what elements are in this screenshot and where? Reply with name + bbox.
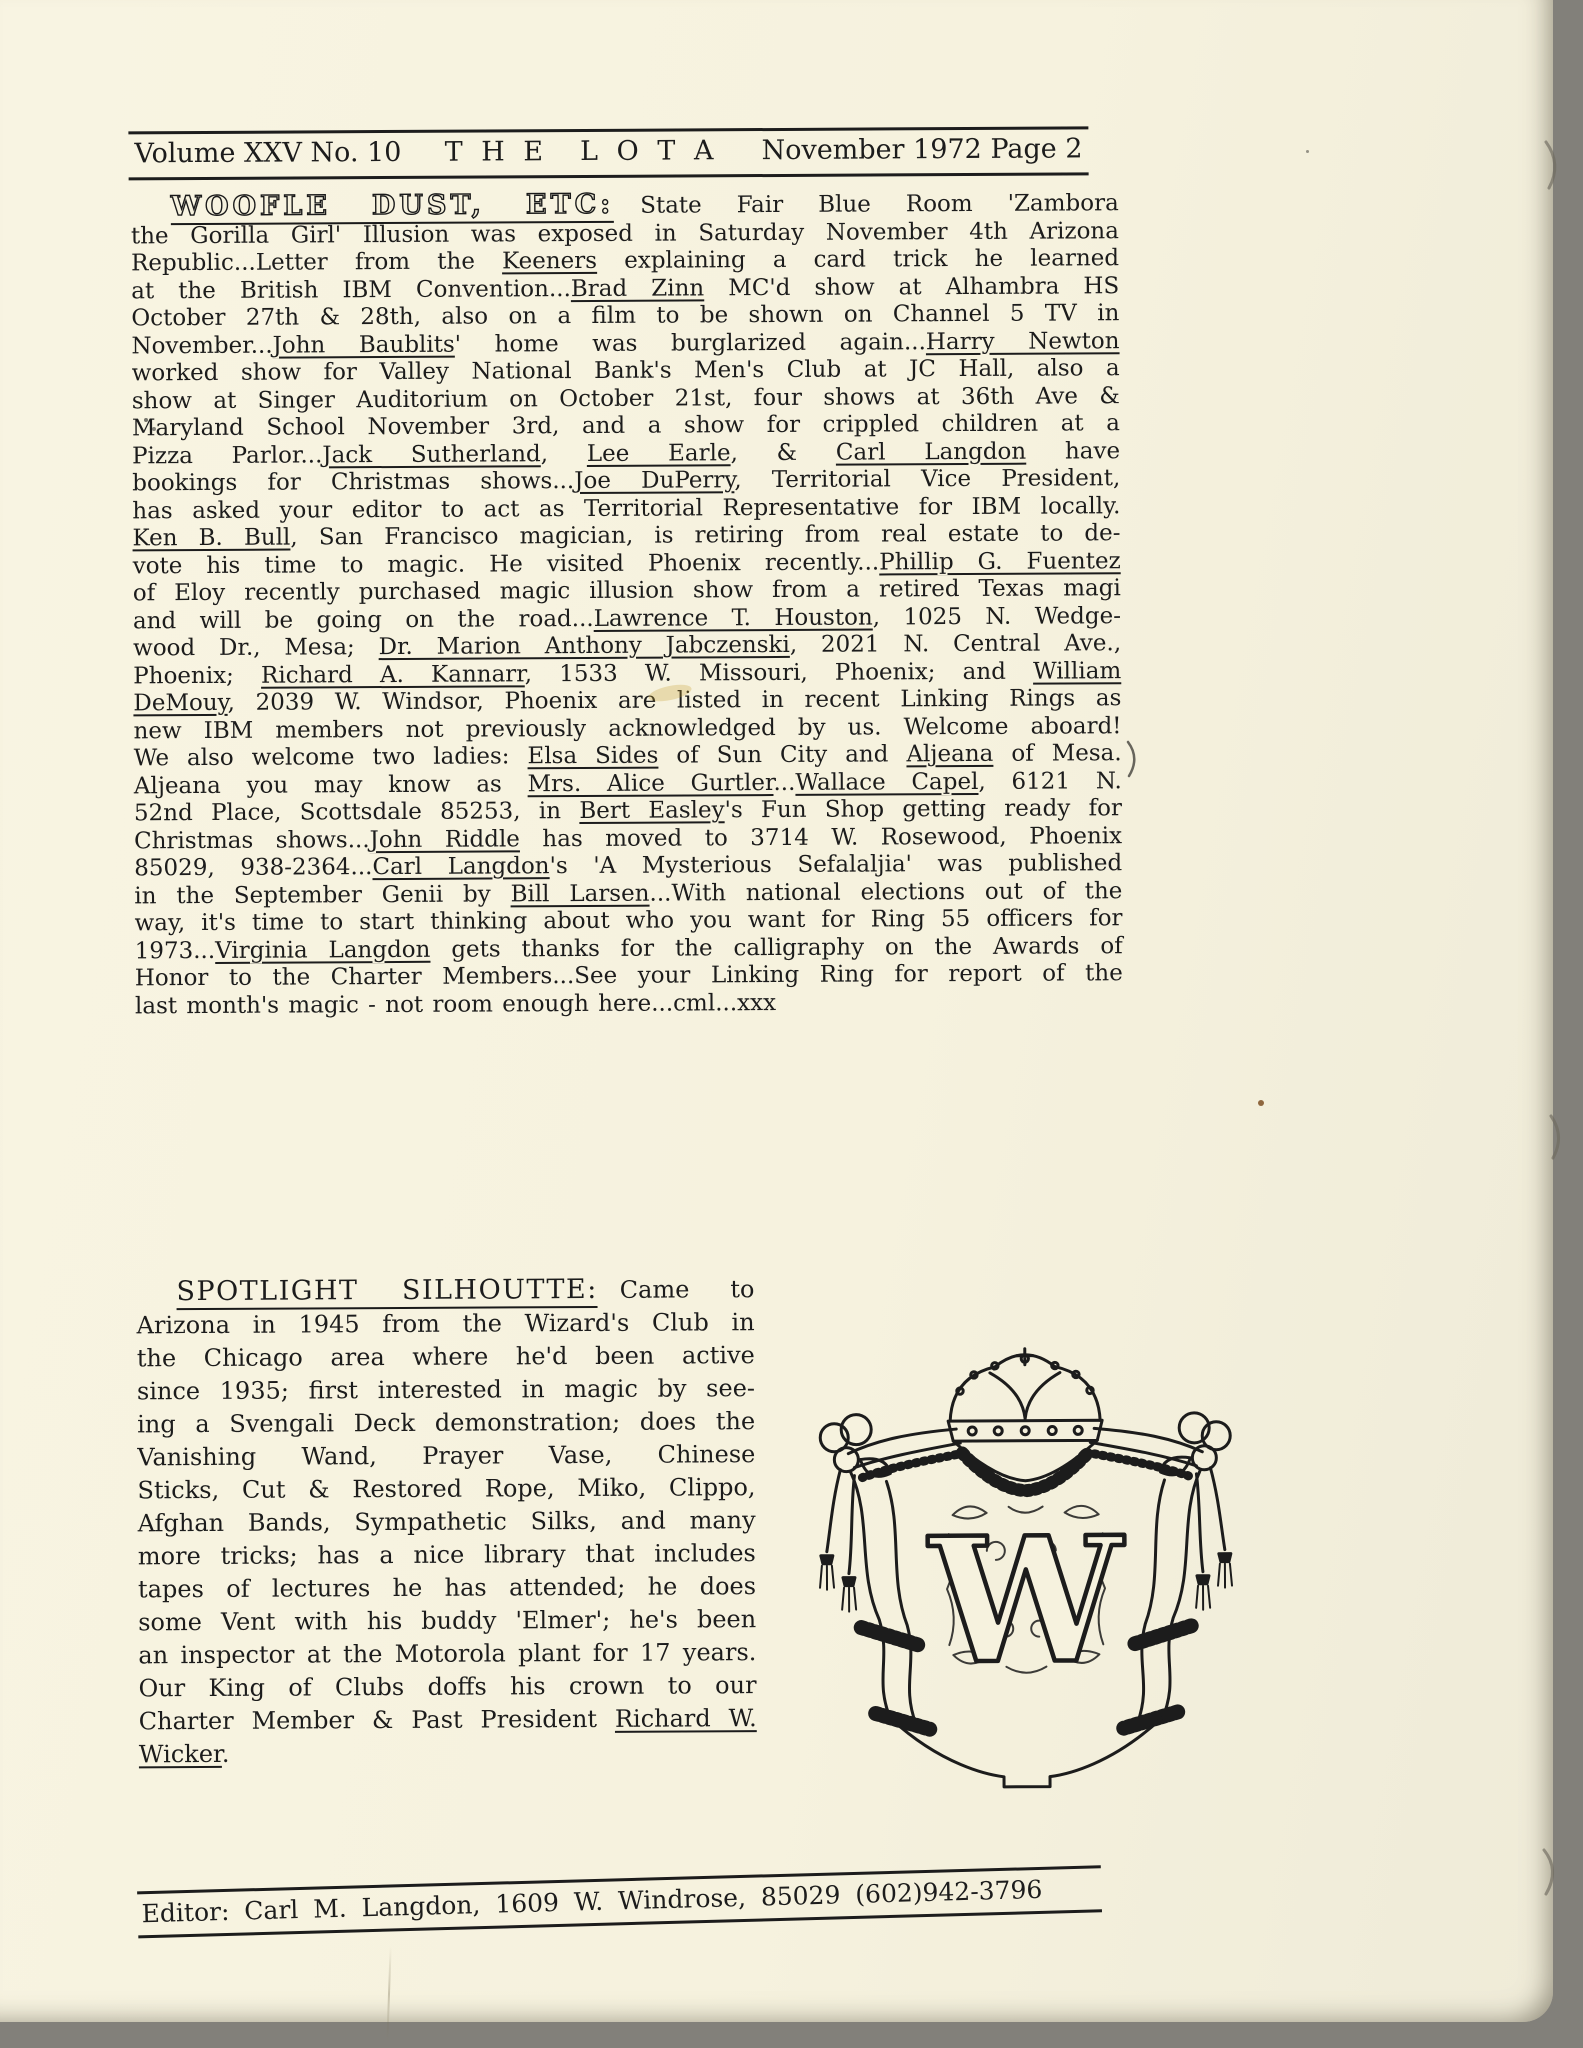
underlined-name: Lawrence T. Houston [594, 604, 873, 631]
woofle-first-line: WOOFLE DUST, ETC:State Fair Blue Room 'Z… [131, 188, 1119, 223]
text-line: an inspector at the Motorola plant for 1… [138, 1636, 756, 1672]
underlined-name: Dr. Marion Anthony Jabczenski [379, 632, 790, 660]
spotlight-heading: SPOTLIGHT SILHOUTTE: [176, 1274, 597, 1310]
text-line: Afghan Bands, Sympathetic Silks, and man… [138, 1504, 756, 1540]
text-line: Our King of Clubs doffs his crown to our [138, 1669, 756, 1705]
text-line: the Chicago area where he'd been active [137, 1339, 755, 1375]
underlined-name: John Riddle [370, 826, 520, 853]
underlined-name: Carl Langdon [372, 853, 549, 880]
masthead-issue: November 1972 Page 2 [762, 133, 1083, 166]
text-line: ing a Svengali Deck demonstration; does … [137, 1405, 755, 1441]
underlined-name: Phillip G. Fuentez [879, 548, 1121, 575]
text-line: Vanishing Wand, Prayer Vase, Chinese [137, 1438, 755, 1474]
crest-illustration: W [790, 1327, 1262, 1796]
woofle-dust-section: WOOFLE DUST, ETC:State Fair Blue Room 'Z… [131, 188, 1123, 1020]
crest-bow-right [1160, 1413, 1230, 1475]
underlined-name: Virginia Langdon [215, 936, 430, 963]
underlined-name: Jack Sutherland [322, 441, 540, 468]
underlined-name: Harry Newton [926, 328, 1120, 355]
crest-monogram-w: W [927, 1498, 1126, 1702]
underlined-name: Ken B. Bull [132, 525, 290, 552]
text-line: Arizona in 1945 from the Wizard's Club i… [137, 1306, 755, 1342]
underlined-name: Richard W. [615, 1704, 757, 1733]
newsletter-page: Volume XXV No. 10 T H E L O T A November… [0, 0, 1553, 2022]
crest-bow-left [820, 1414, 890, 1476]
spotlight-first-line: SPOTLIGHT SILHOUTTE:Came to [136, 1272, 754, 1309]
underlined-name: Keeners [502, 248, 597, 274]
underlined-name: Wallace Capel [795, 768, 978, 795]
text-line: Honor to the Charter Members...See your … [135, 960, 1123, 993]
crown-icon [948, 1348, 1102, 1441]
text-line: Sticks, Cut & Restored Rope, Miko, Clipp… [137, 1471, 755, 1507]
text-line: some Vent with his buddy 'Elmer'; he's b… [138, 1603, 756, 1639]
woofle-dust-heading: WOOFLE DUST, ETC: [171, 189, 615, 225]
underlined-name: DeMouy [133, 690, 227, 716]
masthead: Volume XXV No. 10 T H E L O T A November… [128, 126, 1088, 180]
spotlight-body: Arizona in 1945 from the Wizard's Club i… [137, 1306, 757, 1771]
text-line: last month's magic - not room enough her… [135, 988, 1123, 1021]
text-line: tapes of lectures he has attended; he do… [138, 1570, 756, 1606]
spotlight-first-line-text: Came to [620, 1275, 755, 1304]
crest-canopy [953, 1440, 1097, 1491]
underlined-name: Richard A. Kannarr [261, 661, 525, 688]
underlined-name: Elsa Sides [527, 743, 658, 770]
page-content: Volume XXV No. 10 T H E L O T A November… [0, 0, 1558, 2026]
text-line: Wicker. [139, 1735, 757, 1771]
underlined-name: William [1033, 658, 1121, 684]
underlined-name: Lee Earle [587, 440, 731, 467]
underlined-name: Brad Zinn [571, 275, 704, 302]
underlined-name: John Baublits [273, 331, 455, 358]
underlined-name: Aljeana [906, 741, 993, 767]
underlined-name: Wicker [139, 1740, 222, 1768]
woofle-dust-body: the Gorilla Girl' Illusion was exposed i… [131, 218, 1123, 1021]
text-line: since 1935; first interested in magic by… [137, 1372, 755, 1408]
underlined-name: Mrs. Alice Gurtler [528, 770, 774, 797]
underlined-name: Carl Langdon [836, 438, 1026, 465]
king-of-clubs-crest: W [790, 1327, 1262, 1796]
masthead-volume: Volume XXV No. 10 [134, 137, 401, 169]
text-line: Charter Member & Past President Richard … [139, 1702, 757, 1738]
woofle-first-line-text: State Fair Blue Room 'Zambora [640, 190, 1119, 219]
spotlight-section: SPOTLIGHT SILHOUTTE:Came to Arizona in 1… [136, 1272, 757, 1771]
underlined-name: Bert Easley [579, 797, 724, 824]
masthead-title: T H E L O T A [445, 135, 719, 167]
underlined-name: Bill Larsen [510, 880, 649, 907]
scanned-newsletter-photo: { "colors":{"paper":"#f6f2de","ink":"#1c… [0, 0, 1583, 2048]
editor-credit: Editor: Carl M. Langdon, 1609 W. Windros… [141, 1875, 1042, 1928]
underlined-name: Joe DuPerry [574, 467, 734, 494]
text-line: more tricks; has a nice library that inc… [138, 1537, 756, 1573]
editor-footer: Editor: Carl M. Langdon, 1609 W. Windros… [137, 1865, 1102, 1938]
